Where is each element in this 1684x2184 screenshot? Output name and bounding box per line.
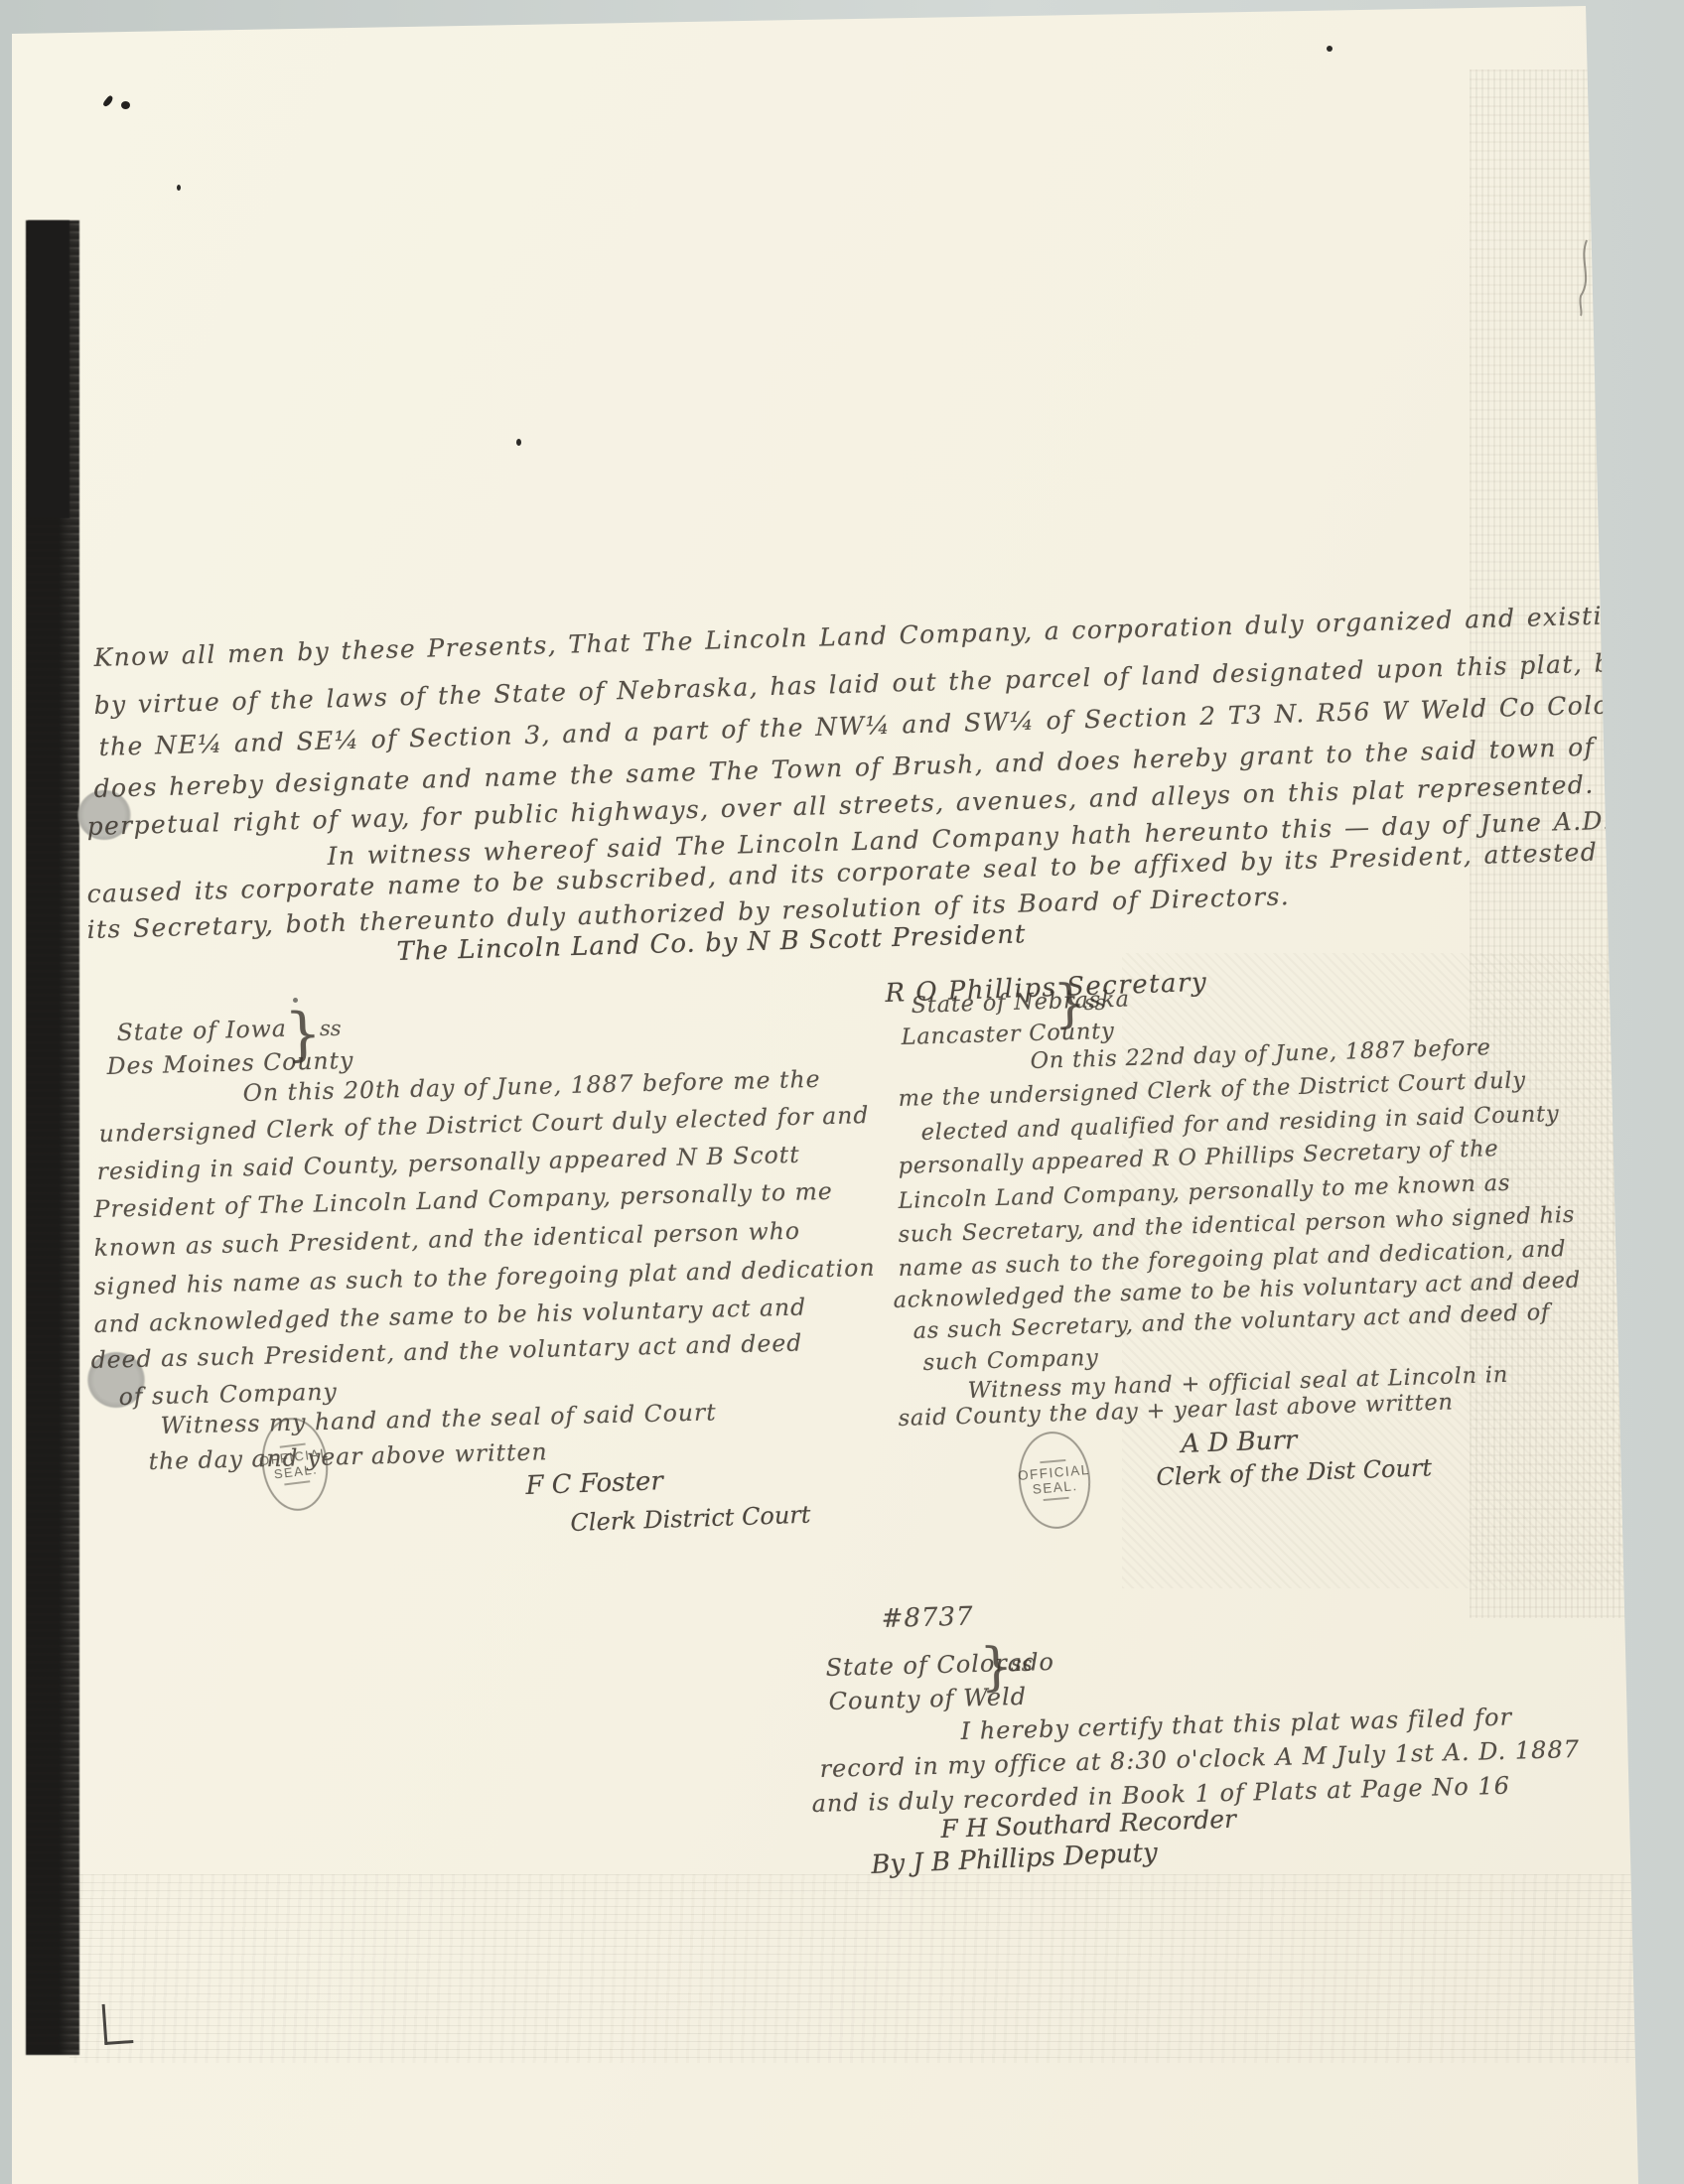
iowa-state-label: State of Iowa [116,1015,287,1046]
nebraska-clerk-signature: A D Burr [1181,1426,1298,1459]
nebraska-brace: } [1052,974,1087,1034]
deputy-signature: By J B Phillips Deputy [871,1838,1159,1880]
stray-ink-mark [102,94,114,107]
ink-speck [516,439,521,446]
iowa-clerk-signature: F C Foster [525,1466,663,1501]
stray-pen-mark [102,2002,134,2045]
colorado-ss-label: ss [1011,1652,1033,1676]
scanned-document-canvas: Know all men by these Presents, That The… [0,0,1684,2184]
seal-text: SEAL. [1032,1478,1078,1497]
stray-ink-mark [121,101,130,109]
nebraska-ack-line: such Company [922,1345,1099,1376]
seal-flourish [1040,1459,1065,1463]
nebraska-clerk-title: Clerk of the Dist Court [1156,1453,1432,1491]
stray-ink-squiggle [1573,238,1597,318]
seal-flourish [284,1480,310,1485]
iowa-ack-line: of such Company [118,1378,338,1411]
iowa-ss-label: ss [320,1017,342,1040]
seal-flourish [1044,1497,1069,1501]
iowa-witness-line: the day and year above written [148,1437,548,1475]
iowa-brace: } [284,1000,323,1068]
official-seal-stamp: OFFICIAL SEAL. [1015,1429,1094,1532]
colorado-brace: } [979,1637,1014,1698]
photocopy-noise-bottom [70,1874,1638,2063]
ink-speck [1327,46,1333,52]
ink-speck [177,185,181,191]
binding-edge-band-top [28,220,70,518]
filing-number: #8737 [881,1602,974,1634]
iowa-ack-line: known as such President, and the identic… [93,1217,800,1262]
paper-sheet: Know all men by these Presents, That The… [0,0,1684,2184]
iowa-ack-line: residing in said County, personally appe… [96,1141,800,1185]
iowa-clerk-title: Clerk District Court [570,1501,811,1537]
iowa-ack-line: President of The Lincoln Land Company, p… [93,1177,833,1223]
nebraska-ss-label: ss [1084,991,1106,1015]
